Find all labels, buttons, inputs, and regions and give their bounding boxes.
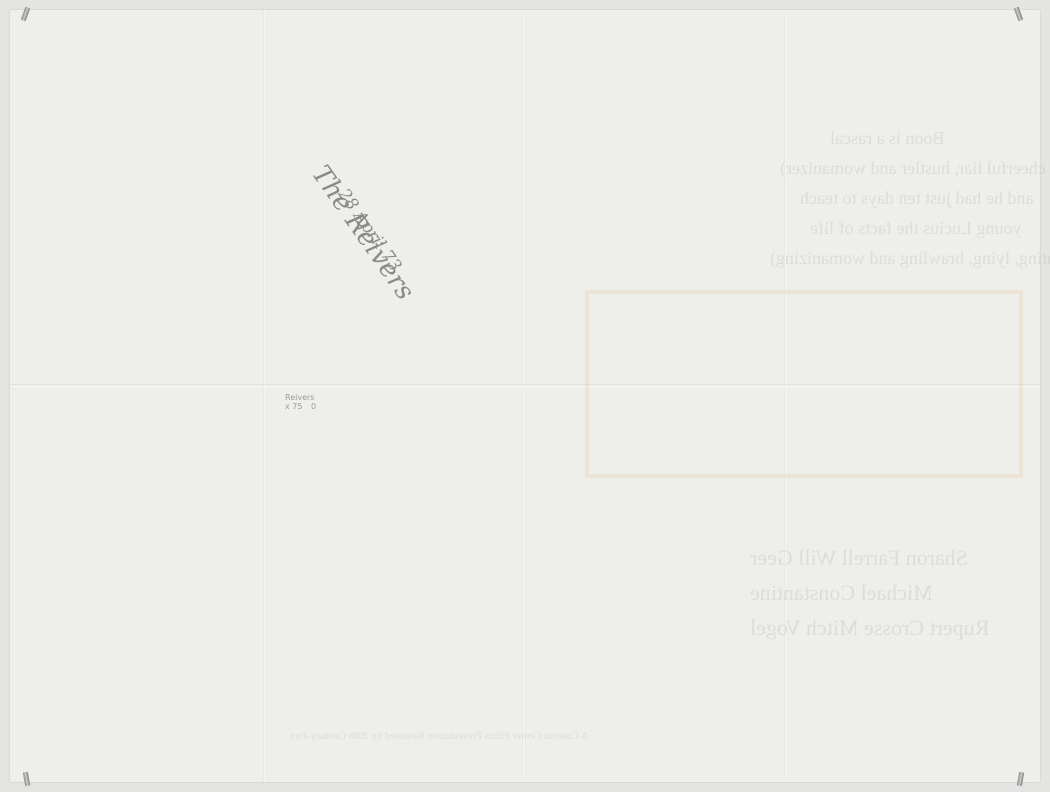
- poster-sheet: Boon is a rascal (that's a cheerful liar…: [10, 10, 1040, 782]
- pencil-inventory-note: Reivers x 75 0: [285, 393, 316, 411]
- fold-line-vertical-2: [522, 10, 524, 782]
- bleed-through-title-box: [585, 290, 1023, 478]
- bleed-through-credits: A Cinema Center Films Presentation Relea…: [290, 730, 589, 742]
- fold-line-vertical-1: [263, 10, 265, 782]
